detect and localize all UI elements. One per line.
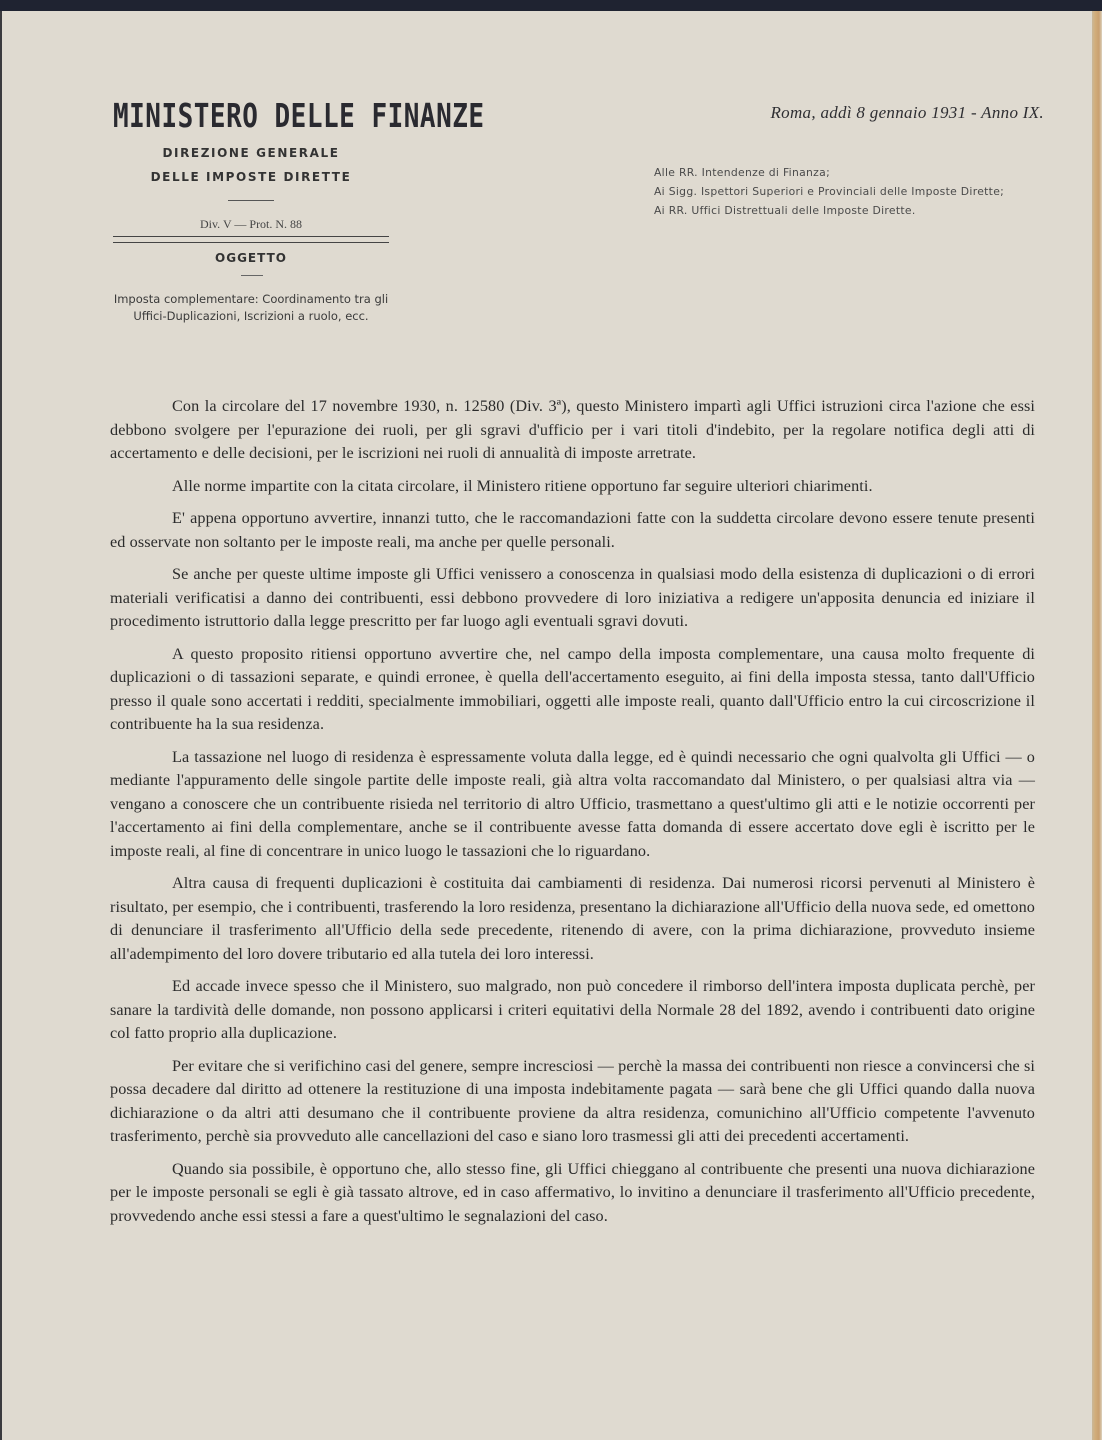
- subject-label: OGGETTO: [113, 251, 389, 265]
- date-line: Roma, addì 8 gennaio 1931 - Anno IX.: [771, 103, 1045, 123]
- paragraph-4: Se anche per queste ultime imposte gli U…: [110, 563, 1035, 634]
- paragraph-3: E' appena opportuno avvertire, innanzi t…: [110, 507, 1035, 554]
- page-edge-strip: [1092, 11, 1102, 1440]
- recipients-block: Alle RR. Intendenze di Finanza; Ai Sigg.…: [654, 163, 1004, 220]
- letterhead: MINISTERO DELLE FINANZE DIREZIONE GENERA…: [113, 98, 389, 232]
- ministry-name: MINISTERO DELLE FINANZE: [113, 98, 389, 136]
- paragraph-6: La tassazione nel luogo di residenza è e…: [110, 746, 1035, 864]
- subject-line-2: Uffici-Duplicazioni, Iscrizioni a ruolo,…: [105, 308, 397, 325]
- subject-line-1: Imposta complementare: Coordinamento tra…: [105, 291, 397, 308]
- paragraph-1: Con la circolare del 17 novembre 1930, n…: [110, 395, 1035, 466]
- protocol-number: Div. V — Prot. N. 88: [113, 217, 389, 232]
- direction-line-1: DIREZIONE GENERALE: [113, 146, 389, 160]
- subject-divider: [241, 275, 263, 276]
- paragraph-2: Alle norme impartite con la citata circo…: [110, 475, 1035, 499]
- recipient-3: Ai RR. Uffici Distrettuali delle Imposte…: [654, 201, 1004, 220]
- paragraph-5: A questo proposito ritiensi opportuno av…: [110, 643, 1035, 737]
- double-rule-divider: [113, 236, 389, 243]
- recipient-2: Ai Sigg. Ispettori Superiori e Provincia…: [654, 182, 1004, 201]
- letter-body: Con la circolare del 17 novembre 1930, n…: [110, 395, 1035, 1237]
- paragraph-10: Quando sia possibile, è opportuno che, a…: [110, 1158, 1035, 1229]
- header-divider: [228, 200, 274, 201]
- paragraph-8: Ed accade invece spesso che il Ministero…: [110, 975, 1035, 1046]
- subject-text: Imposta complementare: Coordinamento tra…: [105, 291, 397, 325]
- paragraph-7: Altra causa di frequenti duplicazioni è …: [110, 872, 1035, 966]
- recipient-1: Alle RR. Intendenze di Finanza;: [654, 163, 1004, 182]
- direction-line-2: DELLE IMPOSTE DIRETTE: [113, 170, 389, 184]
- paragraph-9: Per evitare che si verifichino casi del …: [110, 1055, 1035, 1149]
